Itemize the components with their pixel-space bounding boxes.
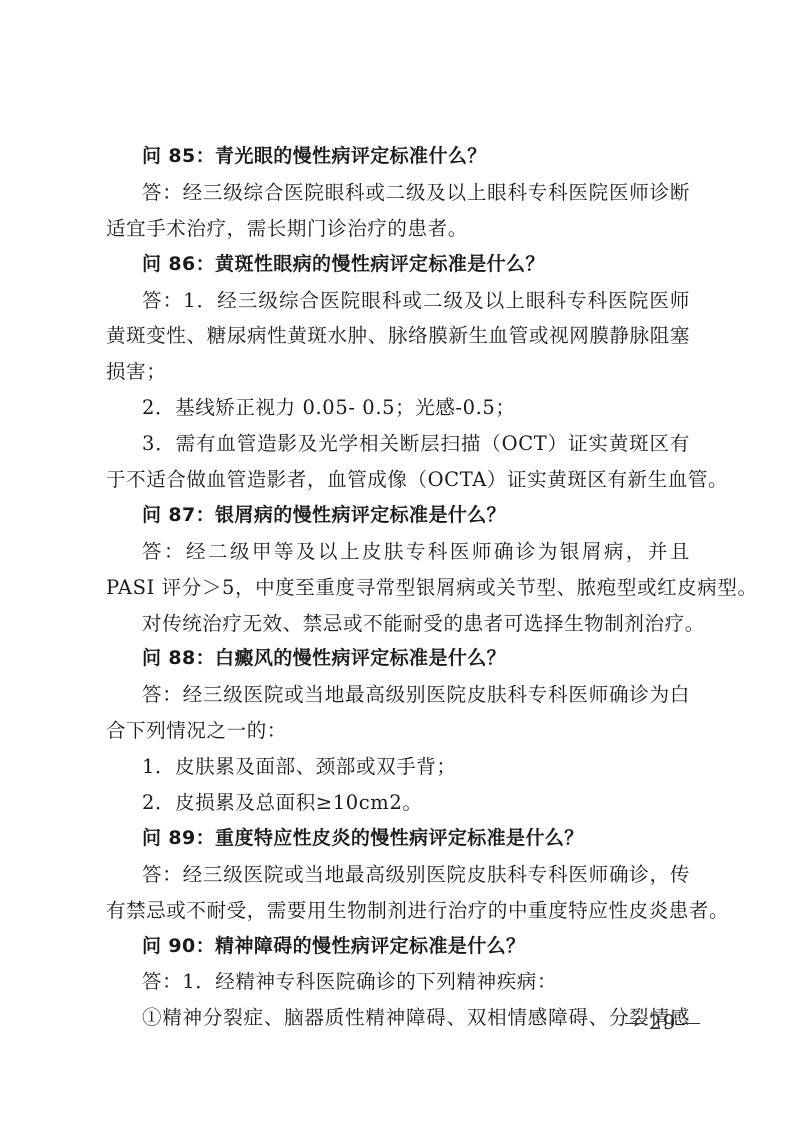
question-87: 问 87：银屑病的慢性病评定标准是什么？ — [106, 498, 690, 534]
answer-86-item-3-line-1: 3．需有血管造影及光学相关断层扫描（OCT）证实黄斑区有新生血管，对 — [106, 426, 690, 462]
answer-90-line-1: 答：1．经精神专科医院确诊的下列精神疾病： — [106, 964, 690, 1000]
dash-left — [625, 1023, 643, 1024]
question-90: 问 90：精神障碍的慢性病评定标准是什么？ — [106, 929, 690, 965]
answer-86-item-3-line-2: 于不适合做血管造影者，血管成像（OCTA）证实黄斑区有新生血管。 — [106, 462, 690, 498]
document-body: 问 85：青光眼的慢性病评定标准什么？ 答：经三级综合医院眼科或二级及以上眼科专… — [106, 139, 690, 1036]
answer-87-line-2: PASI 评分＞5，中度至重度寻常型银屑病或关节型、脓疱型或红皮病型。 — [106, 570, 690, 606]
answer-86-line-2: 黄斑变性、糖尿病性黄斑水肿、脉络膜新生血管或视网膜静脉阻塞引起的视力 — [106, 318, 690, 354]
answer-86-line-1: 答：1．经三级综合医院眼科或二级及以上眼科专科医院医师诊断，由于 — [106, 283, 690, 319]
answer-88-line-1: 答：经三级医院或当地最高级别医院皮肤科专科医师确诊为白癜风，并符 — [106, 677, 690, 713]
page-number-value: 29 — [649, 1010, 676, 1034]
question-85: 问 85：青光眼的慢性病评定标准什么？ — [106, 139, 690, 175]
answer-88-item-2: 2．皮损累及总面积≥10cm2。 — [106, 785, 690, 821]
question-86: 问 86：黄斑性眼病的慢性病评定标准是什么？ — [106, 247, 690, 283]
answer-87-line-1: 答：经二级甲等及以上皮肤专科医师确诊为银屑病，并且 BSA 面积＞5%且 — [106, 534, 690, 570]
answer-86-item-2: 2．基线矫正视力 0.05- 0.5；光感-0.5； — [106, 390, 690, 426]
question-88: 问 88：白癜风的慢性病评定标准是什么？ — [106, 641, 690, 677]
question-89: 问 89：重度特应性皮炎的慢性病评定标准是什么？ — [106, 821, 690, 857]
page-number: 29 — [619, 1010, 706, 1034]
dash-right — [682, 1023, 700, 1024]
answer-88-line-2: 合下列情况之一的： — [106, 713, 690, 749]
answer-88-item-1: 1．皮肤累及面部、颈部或双手背； — [106, 749, 690, 785]
answer-90-line-2: ①精神分裂症、脑器质性精神障碍、双相情感障碍、分裂情感性障碍、妄 — [106, 1000, 690, 1036]
answer-87-line-3: 对传统治疗无效、禁忌或不能耐受的患者可选择生物制剂治疗。 — [106, 606, 690, 642]
answer-89-line-1: 答：经三级医院或当地最高级别医院皮肤科专科医师确诊，传统治疗无效、 — [106, 857, 690, 893]
answer-85-line-1: 答：经三级综合医院眼科或二级及以上眼科专科医院医师诊断青光眼，不 — [106, 175, 690, 211]
answer-85-line-2: 适宜手术治疗，需长期门诊治疗的患者。 — [106, 211, 690, 247]
answer-89-line-2: 有禁忌或不耐受，需要用生物制剂进行治疗的中重度特应性皮炎患者。 — [106, 893, 690, 929]
answer-86-line-3: 损害； — [106, 354, 690, 390]
